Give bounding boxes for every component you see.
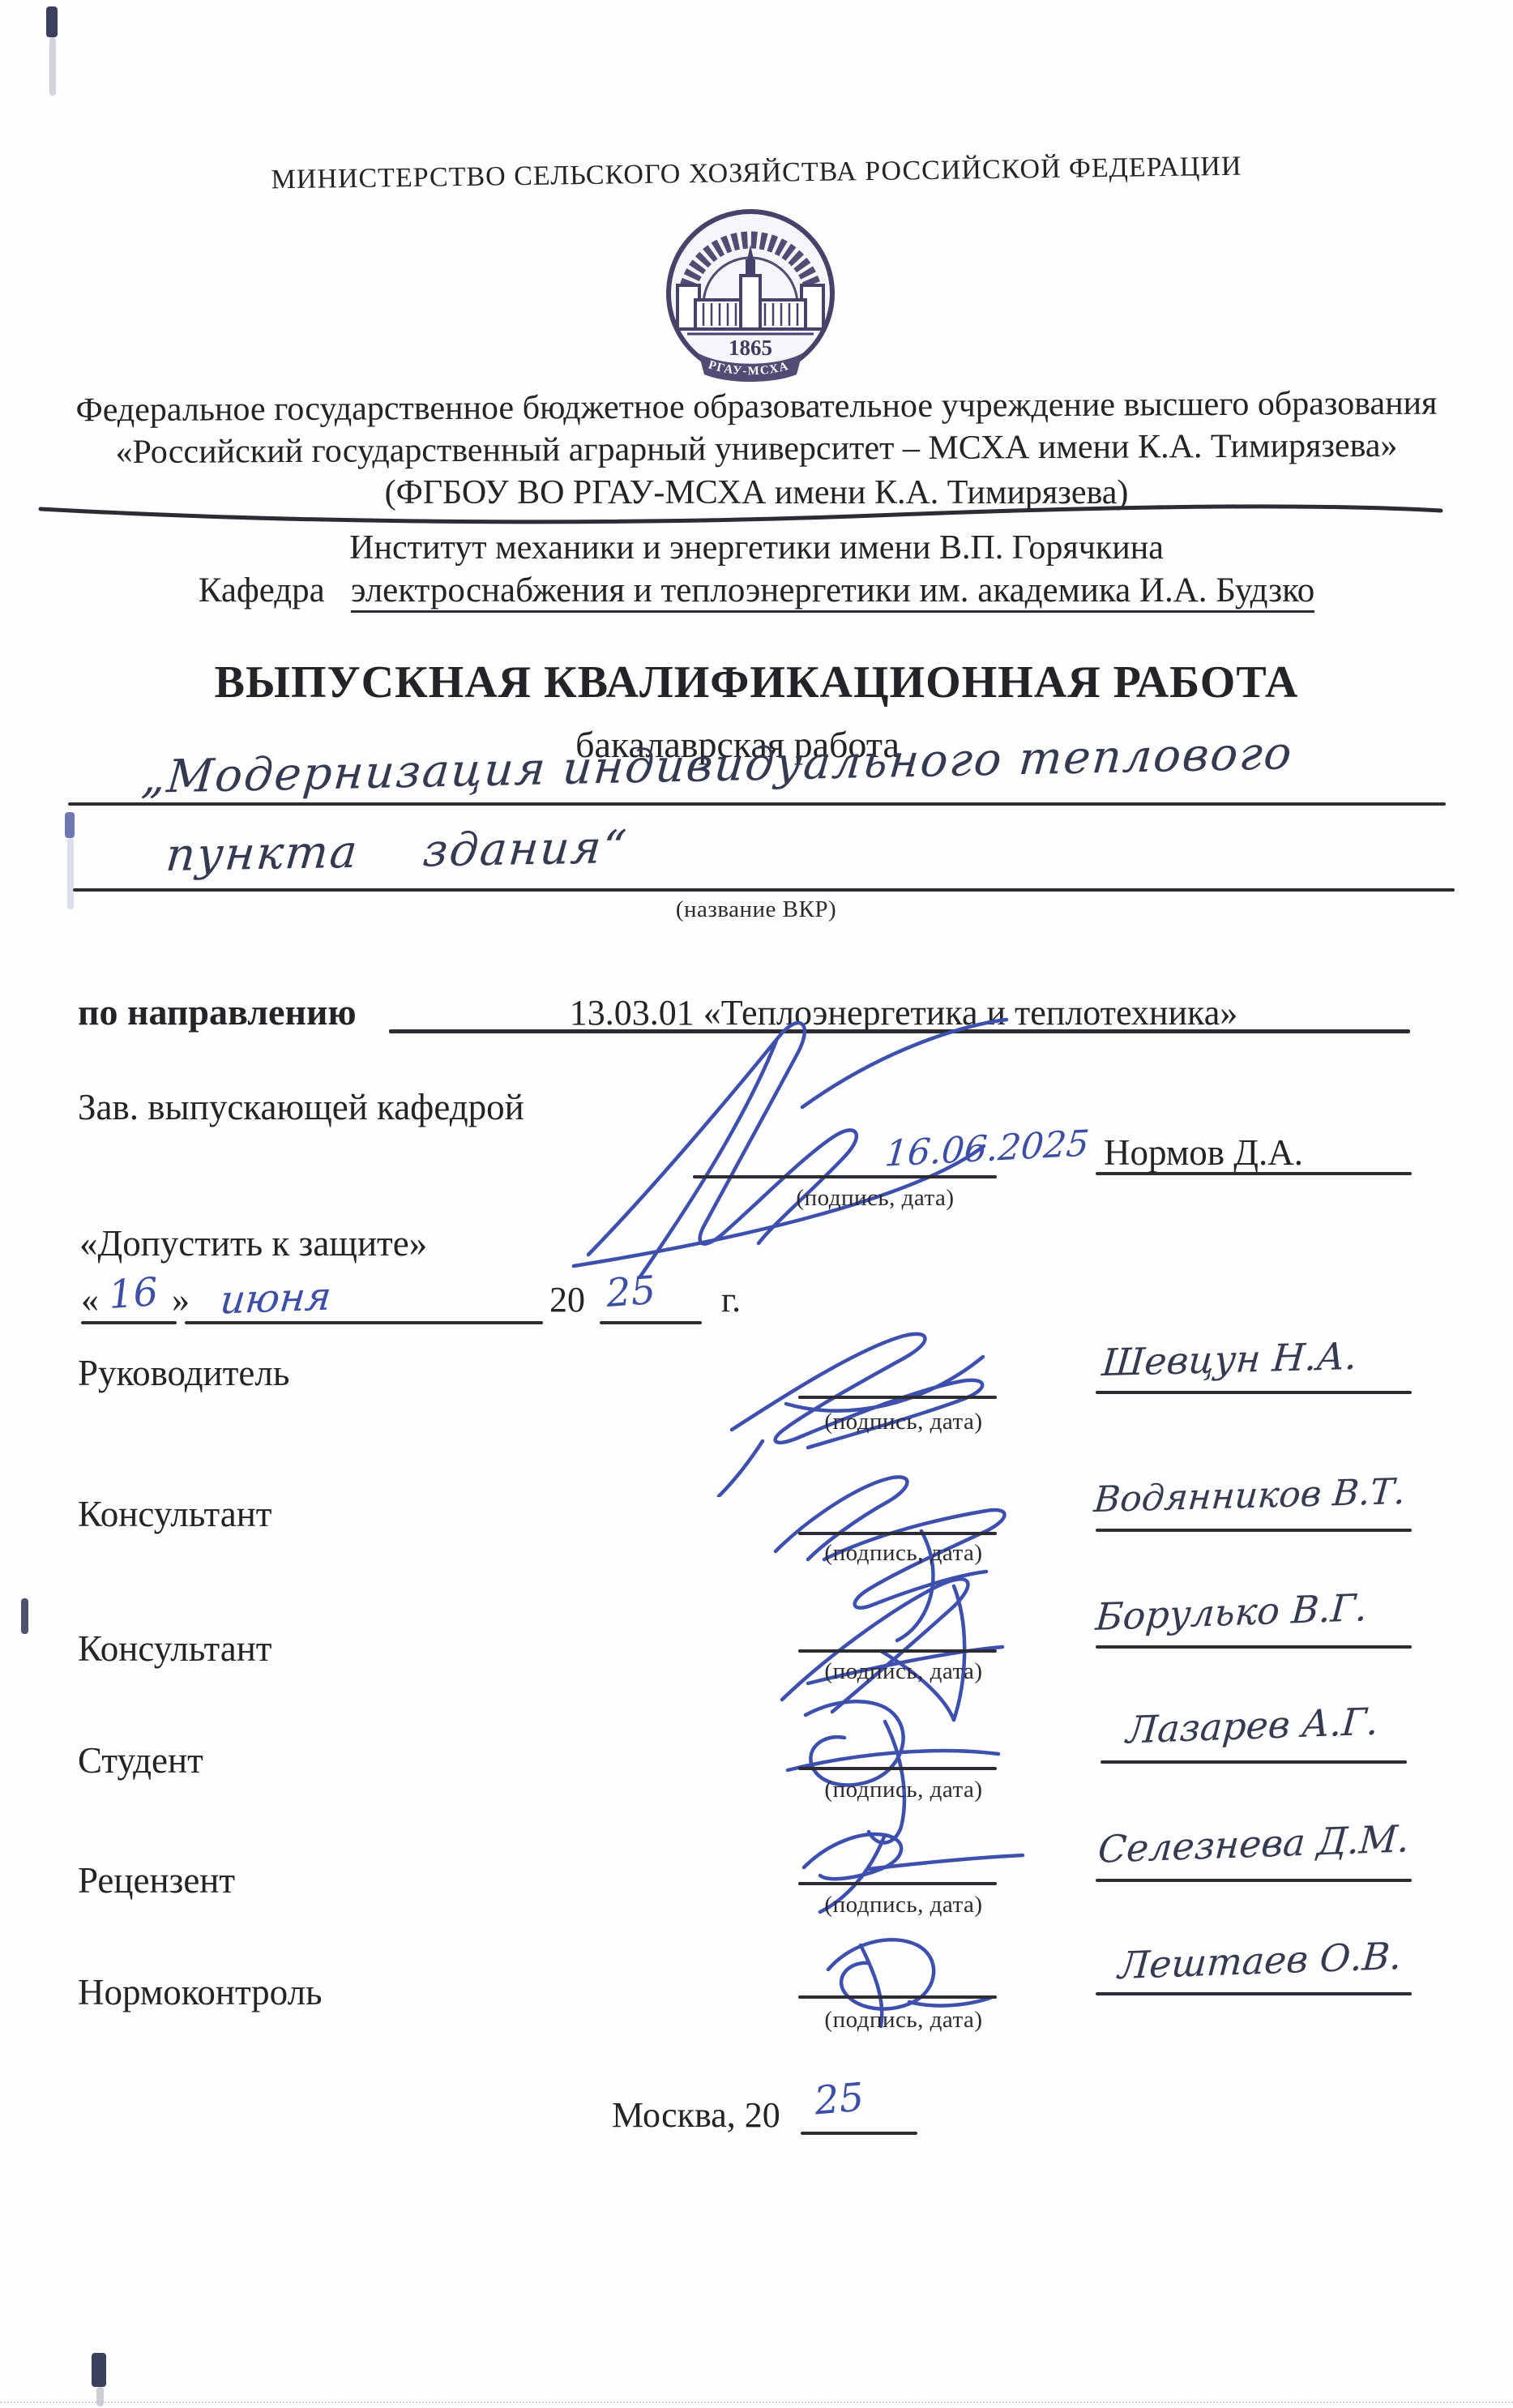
norm-control-signature-rule [798, 1995, 997, 1999]
student-name-rule [1101, 1760, 1407, 1764]
ministry-line: МИНИСТЕРСТВО СЕЛЬСКОГО ХОЗЯЙСТВА РОССИЙС… [0, 148, 1513, 199]
thesis-title-line1-rule [68, 802, 1446, 806]
fgbou-line1: Федеральное государственное бюджетное об… [0, 383, 1513, 430]
supervisor-signature-rule [798, 1396, 997, 1399]
role-label-student: Студент [78, 1739, 203, 1781]
city-year-handwritten: 25 [813, 2074, 866, 2124]
emblem-year: 1865 [729, 336, 772, 360]
role-name-supervisor: Шевцун Н.А. [1101, 1334, 1359, 1384]
wavy-divider-line [32, 496, 1451, 528]
date-month-handwritten: июня [218, 1273, 333, 1323]
consultant-2-sign-caption: (подпись, дата) [806, 1658, 1001, 1685]
city-year-rule [801, 2132, 917, 2135]
date-year-rule [600, 1321, 702, 1324]
emblem-tower [741, 276, 760, 329]
department-name: электроснабжения и теплоэнергетики им. а… [351, 571, 1314, 613]
direction-label: по направлению [78, 990, 357, 1033]
student-signature-rule [798, 1767, 997, 1770]
ink-artifact-left-tail [67, 838, 74, 909]
head-of-department-label: Зав. выпускающей кафедрой [78, 1086, 524, 1128]
supervisor-name-rule [1096, 1391, 1412, 1394]
role-name-reviewer: Селезнева Д.М. [1096, 1816, 1411, 1871]
date-month-rule [185, 1321, 543, 1324]
norm-control-sign-caption: (подпись, дата) [806, 2007, 1001, 2034]
role-name-consultant-2: Борулько В.Г. [1094, 1585, 1369, 1639]
head-signature-rule [693, 1175, 997, 1178]
ink-artifact-left-lower [21, 1598, 28, 1634]
supervisor-sign-caption: (подпись, дата) [806, 1409, 1001, 1435]
date-day-handwritten: 16 [107, 1269, 160, 1318]
date-year-handwritten: 25 [605, 1268, 657, 1316]
ink-artifact-top-left-tail [49, 37, 56, 96]
work-title: ВЫПУСКНАЯ КВАЛИФИКАЦИОННАЯ РАБОТА [0, 657, 1513, 708]
reviewer-name-rule [1096, 1879, 1412, 1882]
thesis-title-handwritten-line1: „Модернизация индивидуального теплового [139, 727, 1295, 804]
role-name-norm-control: Лештаев О.В. [1117, 1934, 1403, 1987]
scan-edge-dots [0, 2402, 1513, 2403]
head-name-rule [1096, 1172, 1412, 1175]
admit-line: «Допустить к защите» [79, 1222, 427, 1264]
date-quote-open: « [81, 1279, 99, 1320]
thesis-title-line2-rule [73, 888, 1455, 892]
institute-line: Институт механики и энергетики имени В.П… [0, 528, 1513, 567]
thesis-title-caption: (название ВКР) [659, 896, 853, 923]
date-day-rule [81, 1321, 177, 1324]
consultant-1-name-rule [1096, 1529, 1412, 1532]
department-line: Кафедра электроснабжения и теплоэнергети… [0, 571, 1513, 610]
ink-artifact-bottom-tail [96, 2387, 104, 2406]
role-label-reviewer: Рецензент [78, 1859, 235, 1901]
ink-artifact-top-left [46, 6, 58, 37]
ink-artifact-left [65, 812, 75, 838]
role-label-consultant-2: Консультант [78, 1627, 271, 1670]
university-emblem: 1865 РГАУ-МСХА [663, 206, 838, 383]
head-sign-caption: (подпись, дата) [778, 1185, 972, 1212]
fgbou-line2: «Российский государственный аграрный уни… [0, 426, 1513, 473]
thesis-title-page: МИНИСТЕРСТВО СЕЛЬСКОГО ХОЗЯЙСТВА РОССИЙС… [0, 0, 1513, 2408]
student-sign-caption: (подпись, дата) [806, 1777, 1001, 1803]
reviewer-sign-caption: (подпись, дата) [806, 1892, 1001, 1918]
role-label-supervisor: Руководитель [78, 1352, 289, 1394]
reviewer-signature-rule [798, 1882, 997, 1885]
thesis-title-handwritten-line2: пункта здания“ [164, 821, 630, 882]
department-prefix: Кафедра [199, 571, 325, 609]
ink-artifact-bottom [92, 2353, 106, 2387]
norm-control-name-rule [1096, 1992, 1412, 1995]
consultant-2-signature-rule [798, 1649, 997, 1653]
emblem-tower-top [746, 259, 755, 276]
role-label-consultant-1: Консультант [78, 1493, 271, 1535]
date-quote-close: » [172, 1279, 190, 1320]
date-year-prefix: 20 [549, 1279, 585, 1320]
consultant-1-signature-rule [798, 1532, 997, 1535]
city-year-line: Москва, 20 [612, 2094, 780, 2136]
head-name: Нормов Д.А. [1104, 1131, 1303, 1174]
consultant-2-name-rule [1096, 1645, 1412, 1649]
role-name-student: Лазарев А.Г. [1125, 1699, 1380, 1751]
role-label-norm-control: Нормоконтроль [78, 1971, 323, 2013]
role-name-consultant-1: Водянников В.Т. [1092, 1471, 1407, 1521]
